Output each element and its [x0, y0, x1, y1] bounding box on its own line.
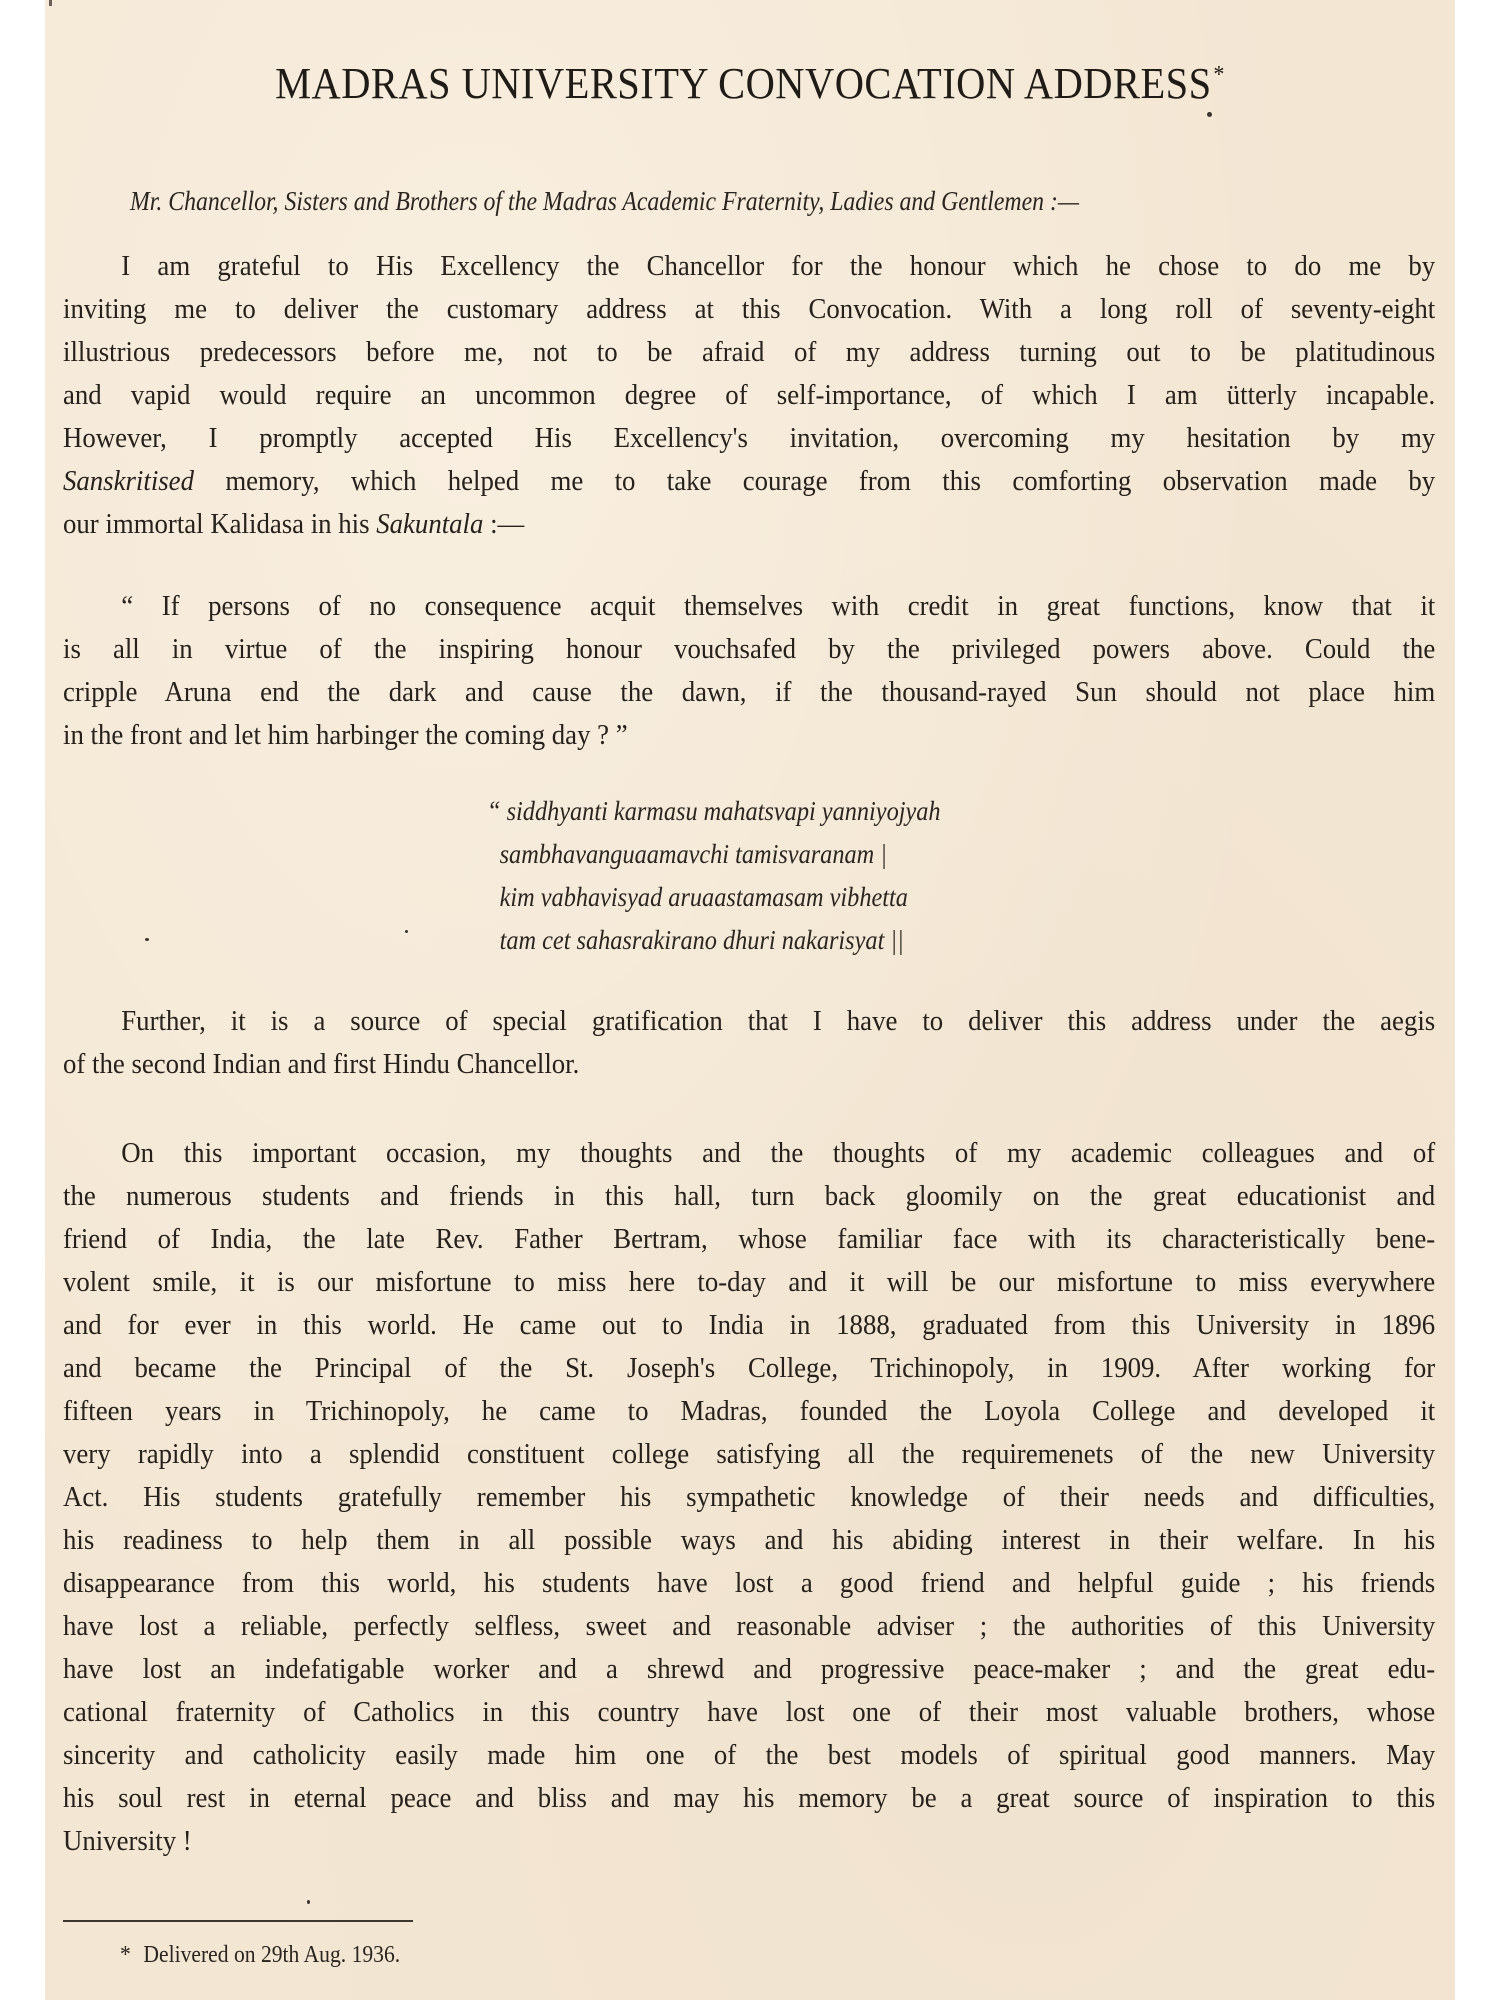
- footnote: *Delivered on 29th Aug. 1936.: [120, 1942, 400, 1969]
- text-line: “ If persons of no consequence acquit th…: [63, 585, 1435, 628]
- scan-speck: [145, 938, 149, 941]
- scan-speck: [307, 1900, 310, 1904]
- text-line: I am grateful to His Excellency the Chan…: [63, 245, 1435, 288]
- text-line: Act. His students gratefully remember hi…: [63, 1476, 1435, 1519]
- paragraph-quote: “ If persons of no consequence acquit th…: [63, 585, 1435, 757]
- text-line: his soul rest in eternal peace and bliss…: [63, 1777, 1435, 1820]
- paragraph-gratification: Further, it is a source of special grati…: [63, 1000, 1435, 1086]
- text-line: have lost a reliable, perfectly selfless…: [63, 1605, 1435, 1648]
- text-line: volent smile, it is our misfortune to mi…: [63, 1261, 1435, 1304]
- text-line: sincerity and catholicity easily made hi…: [63, 1734, 1435, 1777]
- text-line: On this important occasion, my thoughts …: [63, 1132, 1435, 1175]
- text-line: and vapid would require an uncommon degr…: [63, 374, 1435, 417]
- footnote-text: Delivered on 29th Aug. 1936.: [143, 1942, 400, 1968]
- text-line: cripple Aruna end the dark and cause the…: [63, 671, 1435, 714]
- text-line: in the front and let him harbinger the c…: [63, 714, 1435, 757]
- document-page: MADRAS UNIVERSITY CONVOCATION ADDRESS* M…: [45, 0, 1455, 2000]
- italic-term: Sakuntala: [376, 509, 483, 540]
- text-line: the numerous students and friends in thi…: [63, 1175, 1435, 1218]
- text-line: illustrious predecessors before me, not …: [63, 331, 1435, 374]
- text-line: fifteen years in Trichinopoly, he came t…: [63, 1390, 1435, 1433]
- text-line: and became the Principal of the St. Jose…: [63, 1347, 1435, 1390]
- text-line: However, I promptly accepted His Excelle…: [63, 417, 1435, 460]
- title-footnote-marker: *: [1213, 62, 1225, 88]
- text-line-sanskritised: Sanskritised memory, which helped me to …: [63, 460, 1435, 503]
- verse-line: sambhavanguaamavchi tamisvaranam |: [487, 833, 941, 876]
- scan-speck: [49, 0, 52, 6]
- scan-speck: [405, 930, 408, 933]
- text-fragment: memory, which helped me to take courage …: [225, 466, 1435, 497]
- paragraph-opening: I am grateful to His Excellency the Chan…: [63, 245, 1435, 546]
- scan-speck: [1207, 112, 1212, 117]
- text-line: cational fraternity of Catholics in this…: [63, 1691, 1435, 1734]
- sanskrit-verse: “ siddhyanti karmasu mahatsvapi yanniyoj…: [487, 790, 991, 962]
- verse-line: “ siddhyanti karmasu mahatsvapi yanniyoj…: [487, 790, 941, 833]
- text-line: his readiness to help them in all possib…: [63, 1519, 1435, 1562]
- text-line: is all in virtue of the inspiring honour…: [63, 628, 1435, 671]
- verse-line: tam cet sahasrakirano dhuri nakarisyat |…: [487, 919, 941, 962]
- text-fragment: our immortal Kalidasa in his: [63, 509, 370, 540]
- verse-line: kim vabhavisyad aruaastamasam vibhetta: [487, 876, 941, 919]
- text-line: disappearance from this world, his stude…: [63, 1562, 1435, 1605]
- title-text: MADRAS UNIVERSITY CONVOCATION ADDRESS: [275, 59, 1212, 108]
- footnote-divider: [63, 1920, 413, 1922]
- italic-term: Sanskritised: [63, 466, 194, 497]
- salutation: Mr. Chancellor, Sisters and Brothers of …: [130, 186, 1079, 217]
- text-line: have lost an indefatigable worker and a …: [63, 1648, 1435, 1691]
- page-title: MADRAS UNIVERSITY CONVOCATION ADDRESS*: [101, 58, 1398, 109]
- text-line: University !: [63, 1820, 1435, 1863]
- paragraph-father-bertram: On this important occasion, my thoughts …: [63, 1132, 1435, 1863]
- text-line: of the second Indian and first Hindu Cha…: [63, 1043, 1435, 1086]
- footnote-marker: *: [120, 1942, 131, 1968]
- text-line: Further, it is a source of special grati…: [63, 1000, 1435, 1043]
- text-fragment: :—: [483, 509, 524, 540]
- text-line: very rapidly into a splendid constituent…: [63, 1433, 1435, 1476]
- text-line: inviting me to deliver the customary add…: [63, 288, 1435, 331]
- text-line: and for ever in this world. He came out …: [63, 1304, 1435, 1347]
- text-line: friend of India, the late Rev. Father Be…: [63, 1218, 1435, 1261]
- text-line-sakuntala: our immortal Kalidasa in his Sakuntala :…: [63, 503, 1435, 546]
